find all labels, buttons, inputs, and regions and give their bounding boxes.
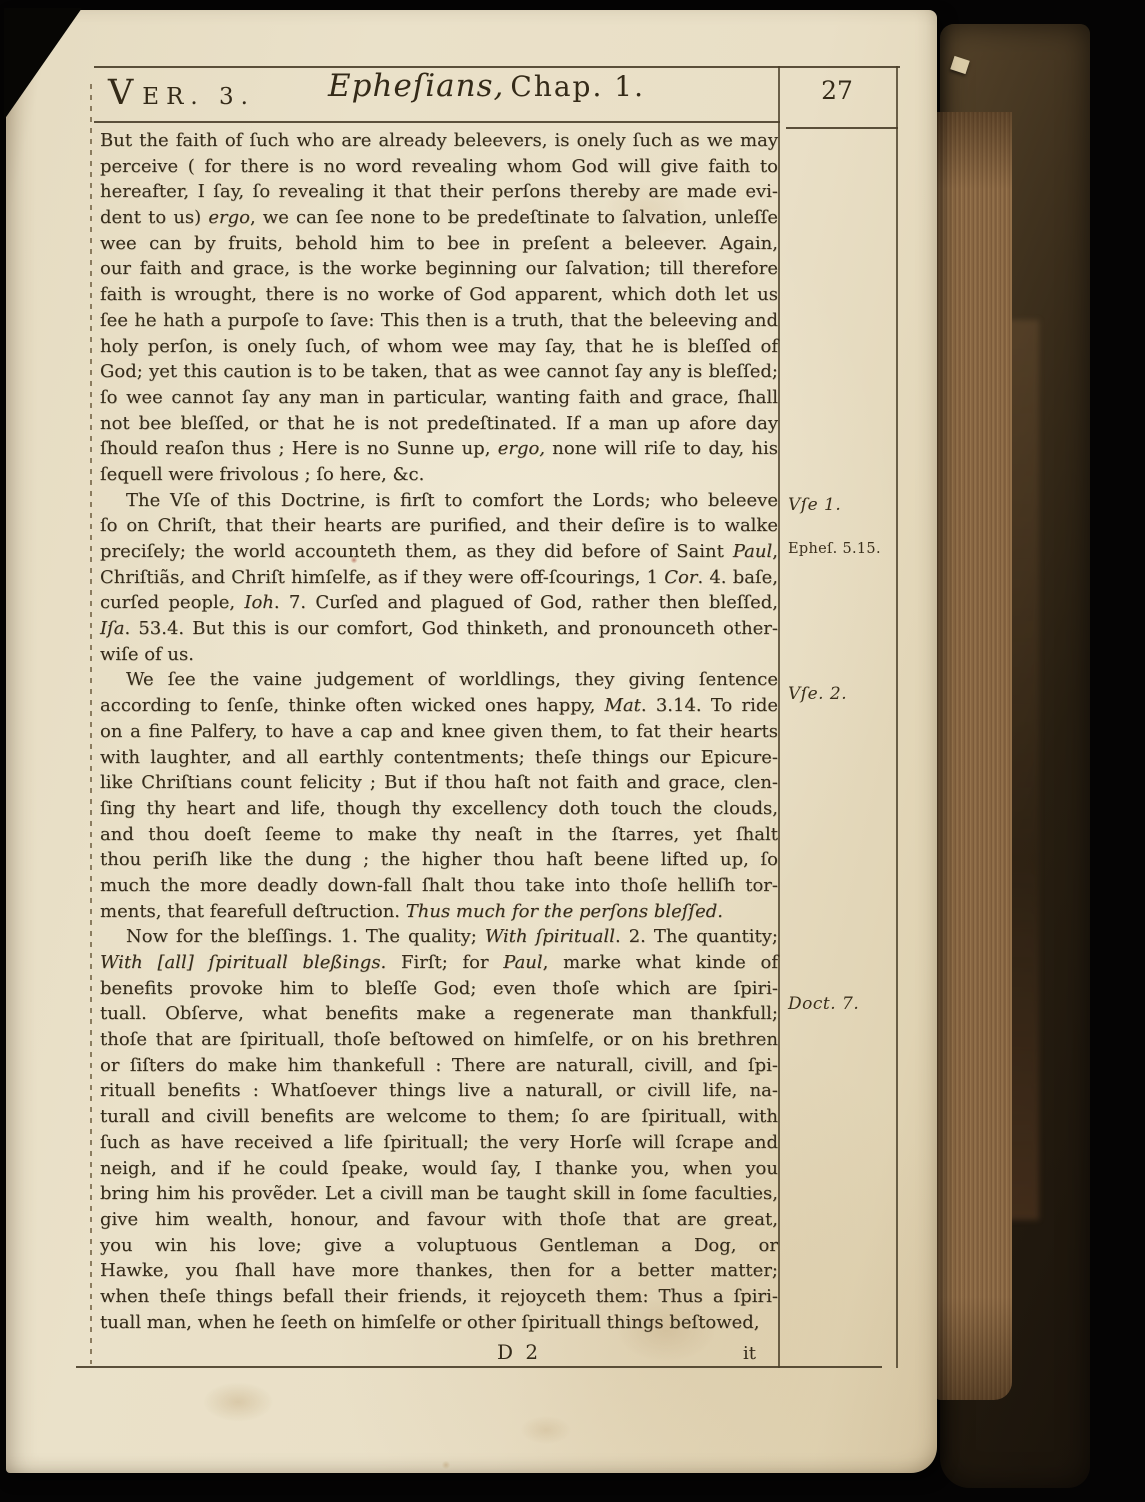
text-line: ſequell were frivolous ; ſo here, &c. xyxy=(100,462,778,488)
text-line: you win his love; give a voluptuous Gent… xyxy=(100,1233,778,1259)
outer-frame-rule xyxy=(896,66,898,1368)
book-page-edges xyxy=(936,112,1012,1400)
text-line: according to ſenſe, thinke often wicked … xyxy=(100,693,778,719)
text-line: perceive ( for there is no word revealin… xyxy=(100,154,778,180)
margin-note: Doct. 7. xyxy=(788,994,859,1014)
text-line: The Vſe of this Doctrine, is firſt to co… xyxy=(100,488,778,514)
text-line: or ſiſters do make him thankefull : Ther… xyxy=(100,1053,778,1079)
margin-column: Vſe 1.Epheſ. 5.15.Vſe. 2.Doct. 7. xyxy=(784,10,896,1473)
text-line: neigh, and if he could ſpeake, would ſay… xyxy=(100,1156,778,1182)
text-line: ſing thy heart and life, though thy exce… xyxy=(100,796,778,822)
text-line: With [all] ſpirituall bleßings. Firſt; f… xyxy=(100,950,778,976)
text-line: when theſe things befall their friends, … xyxy=(100,1284,778,1310)
chapter-ref: Chap. 1. xyxy=(510,70,645,103)
text-line: ſee he hath a purpoſe to ſave: This then… xyxy=(100,308,778,334)
text-line: on a fine Palfery, to have a cap and kne… xyxy=(100,719,778,745)
text-line: turall and civill benefits are welcome t… xyxy=(100,1104,778,1130)
text-line: faith is wrought, there is no worke of G… xyxy=(100,282,778,308)
book-page: VER. 3. Epheſians,Chap. 1. 27 But the fa… xyxy=(6,10,937,1473)
text-line: ſo on Chriſt, that their hearts are puri… xyxy=(100,513,778,539)
text-line: thoſe that are ſpirituall, thoſe beſtowe… xyxy=(100,1027,778,1053)
text-line: ments, that fearefull deſtruction. Thus … xyxy=(100,899,778,925)
signature-mark: D 2 xyxy=(497,1340,541,1364)
text-line: God; yet this caution is to be taken, th… xyxy=(100,359,778,385)
text-line: wiſe of us. xyxy=(100,642,778,668)
header-rule-bottom xyxy=(94,121,780,123)
text-line: give him wealth, honour, and favour with… xyxy=(100,1207,778,1233)
text-line: like Chriſtians count felicity ; But if … xyxy=(100,770,778,796)
text-line: bring him his provẽder. Let a civill man… xyxy=(100,1181,778,1207)
margin-separator-rule xyxy=(778,66,780,1368)
text-line: tuall. Obſerve, what benefits make a reg… xyxy=(100,1001,778,1027)
text-line: dent to us) ergo, we can ſee none to be … xyxy=(100,205,778,231)
margin-note: Epheſ. 5.15. xyxy=(788,541,881,557)
text-line: ſo wee cannot ſay any man in particular,… xyxy=(100,385,778,411)
text-line: rituall benefits : Whatſoever things liv… xyxy=(100,1078,778,1104)
text-line: But the faith of ſuch who are already be… xyxy=(100,128,778,154)
text-line: tuall man, when he ſeeth on himſelfe or … xyxy=(100,1310,778,1336)
text-line: We ſee the vaine judgement of worldlings… xyxy=(100,667,778,693)
text-line: Now for the bleſſings. 1. The quality; W… xyxy=(100,924,778,950)
text-line: benefits provoke him to bleſſe God; even… xyxy=(100,976,778,1002)
photo-background: VER. 3. Epheſians,Chap. 1. 27 But the fa… xyxy=(0,0,1145,1502)
text-line: hereafter, I ſay, ſo revealing it that t… xyxy=(100,179,778,205)
text-line: Hawke, you ſhall have more thankes, then… xyxy=(100,1258,778,1284)
text-line: much the more deadly down-fall ſhalt tho… xyxy=(100,873,778,899)
text-line: preciſely; the world accounteth them, as… xyxy=(100,539,778,565)
margin-note: Vſe. 2. xyxy=(788,684,847,704)
text-line: thou periſh like the dung ; the higher t… xyxy=(100,847,778,873)
book-name: Epheſians, xyxy=(328,68,504,104)
margin-note: Vſe 1. xyxy=(788,495,841,515)
footer-rule xyxy=(76,1366,882,1368)
text-line: holy perſon, is onely ſuch, of whom wee … xyxy=(100,334,778,360)
text-line: not bee bleſſed, or that he is not prede… xyxy=(100,411,778,437)
catchword: it xyxy=(743,1343,756,1364)
text-line: Iſa. 53.4. But this is our comfort, God … xyxy=(100,616,778,642)
text-line: our faith and grace, is the worke beginn… xyxy=(100,256,778,282)
text-line: with laughter, and all earthly contentme… xyxy=(100,745,778,771)
page-corner-shadow xyxy=(4,8,82,120)
verse-heading: VER. 3. xyxy=(108,73,255,113)
text-line: wee can by fruits, behold him to bee in … xyxy=(100,231,778,257)
text-block: But the faith of ſuch who are already be… xyxy=(100,128,778,1335)
text-line: ſhould reaſon thus ; Here is no Sunne up… xyxy=(100,436,778,462)
text-line: and thou doeſt ſeeme to make thy neaſt i… xyxy=(100,822,778,848)
running-title: Epheſians,Chap. 1. xyxy=(328,68,645,104)
text-line: Chriſtiãs, and Chriſt himſelfe, as if th… xyxy=(100,565,778,591)
text-line: curſed people, Ioh. 7. Curſed and plague… xyxy=(100,590,778,616)
left-frame-rule xyxy=(90,84,92,1364)
text-line: ſuch as have received a life ſpirituall;… xyxy=(100,1130,778,1156)
